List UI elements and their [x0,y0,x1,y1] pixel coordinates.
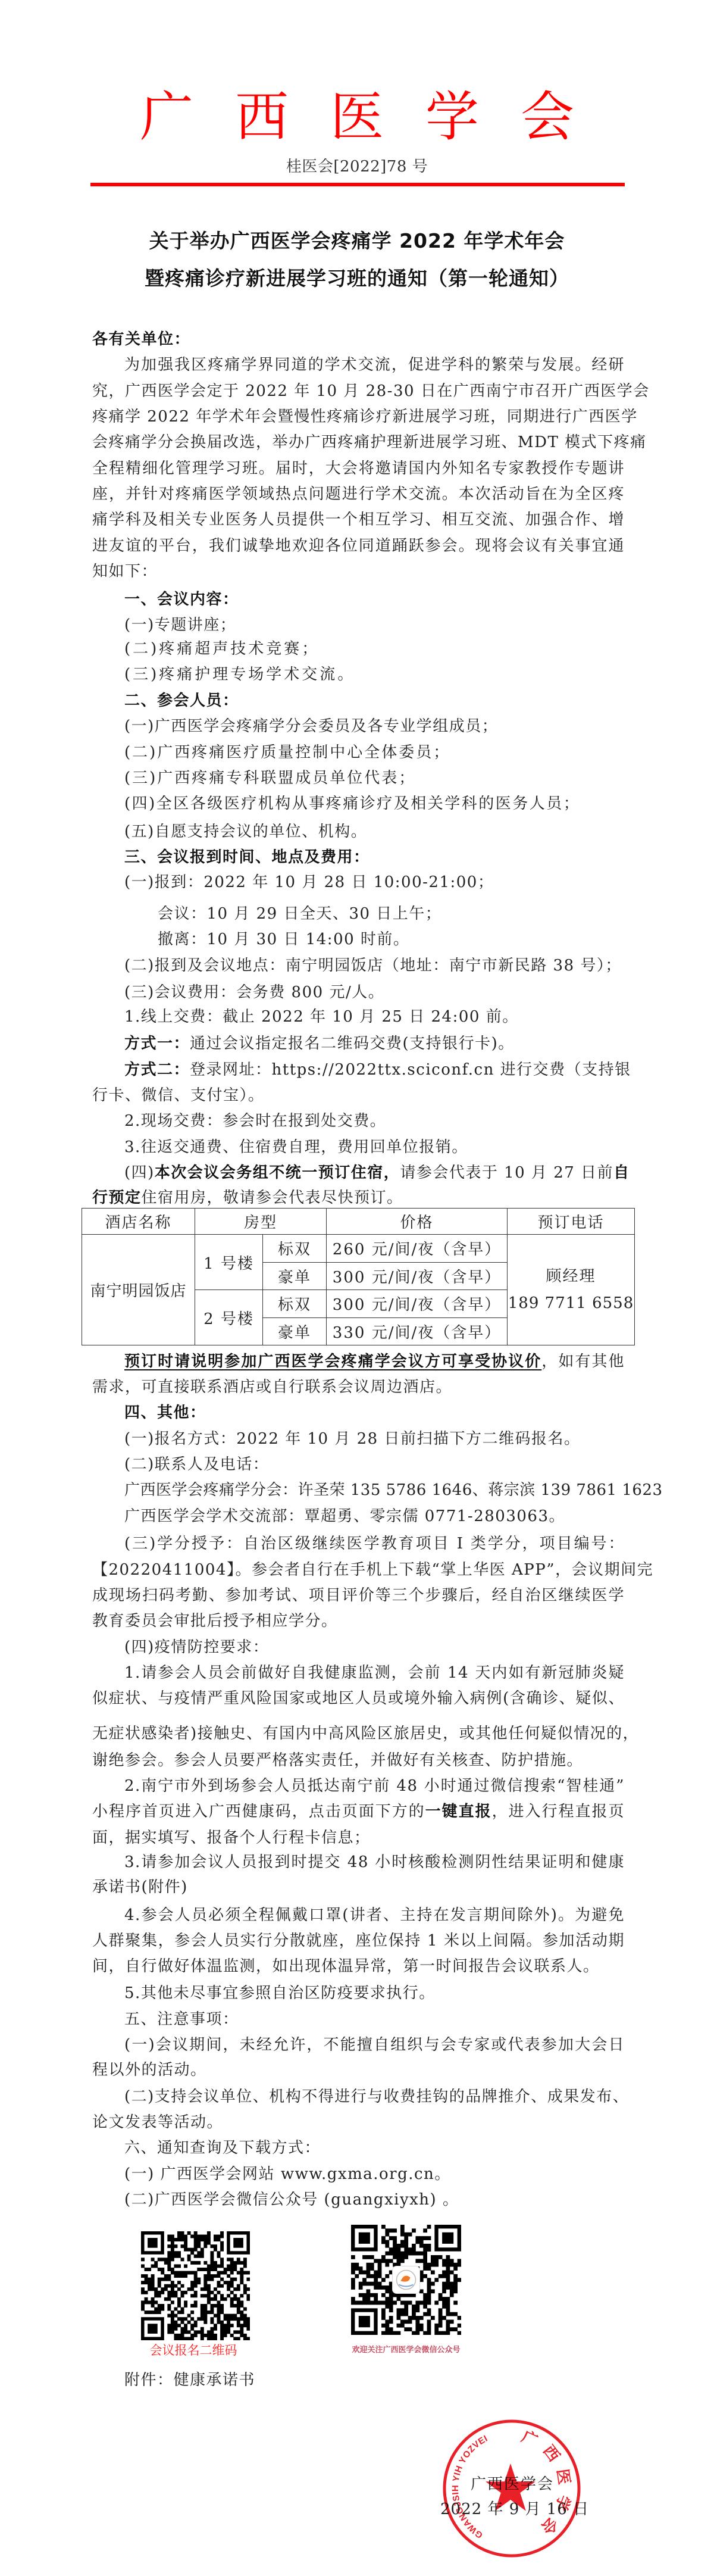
wechat-qr-label: 欢迎关注广西医学会微信公众号 [333,2344,479,2356]
section-2-heading: 二、参会人员： [124,688,625,714]
table-row: 南宁明园饭店 1 号楼 标双 260 元/间/夜（含早） 顾经理 189 771… [82,1235,635,1263]
covid-rule-2-post: ，进入行程直报页 [492,1803,625,1821]
covid-rule-1-line: 无症状感染者)接触史、有国内中高风险区旅居史，或其他任何疑似情况的， [92,1721,625,1747]
header-hotel-name: 酒店名称 [82,1209,195,1235]
letterhead: 广西医学会 [0,88,714,147]
star-icon [486,2463,535,2511]
section-1-item: (二)疼痛超声技术竞赛； [124,636,625,662]
covid-rule-2-pre: 小程序首页进入广西健康码，点击页面下方的 [92,1803,425,1821]
covid-rule-2-bold: 一键直报 [425,1803,492,1821]
section-2-item: (二)广西疼痛医疗质量控制中心全体委员； [124,739,625,766]
intro-line: 座，并针对疼痛医学领域热点问题进行学术交流。本次活动旨在为全区疼 [92,481,625,507]
note-1-line: 程以外的活动。 [92,2057,625,2083]
intro-line: 知如下： [92,558,625,585]
price-cell: 300 元/间/夜（含早） [327,1262,508,1290]
contact-academic-dept: 广西医学会学术交流部：覃超勇、零宗儒 0771-2803063。 [124,1503,625,1529]
credits-line: 【20220411004】。参会者自行在手机上下载“掌上华医 APP”，会议期间… [92,1557,625,1583]
covid-rule-1-line: 似症状、与疫情严重风险国家或地区人员或境外输入病例(含确诊、疑似、 [92,1685,625,1712]
website-info: (一) 广西医学会网站 www.gxma.org.cn。 [124,2161,625,2187]
signup-method: (一)报名方式：2022 年 10 月 28 日前扫描下方二维码报名。 [124,1426,625,1452]
hotel-name-cell: 南宁明园饭店 [82,1235,195,1345]
covid-rule-2-line: 小程序首页进入广西健康码，点击页面下方的一键直报，进入行程直报页 [92,1798,625,1825]
section-1-item: (一)专题讲座； [124,612,625,638]
booking-note: 预订时请说明参加广西医学会疼痛学会议方可享受协议价，如有其他 [124,1348,625,1375]
section-2-item: (四)全区各级医疗机构从事疼痛诊疗及相关学科的医务人员； [124,791,625,817]
registration-time: (一)报到：2022 年 10 月 28 日 10:00-21:00； [124,869,625,895]
note-1-line: (一)会议期间，未经允许，不能擅自组织与会专家或代表参加大会日 [124,2032,625,2058]
building-cell: 2 号楼 [195,1290,263,1345]
payment-method-2-label: 方式二： [124,1061,190,1079]
official-seal-icon: GWANGJSIH YIH YOZVEI 广西医学会 [440,2417,583,2560]
lodging-bold-end: 自 [613,1164,630,1182]
payment-method-1: 方式一：通过会议指定报名二维码交费(支持银行卡)。 [124,1031,625,1057]
header-booking-phone: 预订电话 [508,1209,635,1235]
covid-rule-5: 5.其他未尽事宜参照自治区防疫要求执行。 [124,1980,625,2006]
intro-line: 会疼痛学分会换届改选，举办广西疼痛护理新进展学习班、MDT 模式下疼痛 [92,429,625,455]
covid-rule-1-line: 1.请参会人员会前做好自我健康监测，会前 14 天内如有新冠肺炎疑 [124,1660,625,1686]
hotel-table: 酒店名称 房型 价格 预订电话 南宁明园饭店 1 号楼 标双 260 元/间/夜… [82,1208,635,1345]
section-5-heading: 五、注意事项： [124,2006,625,2032]
covid-rule-4-line: 4.参会人员必须全程佩戴口罩(讲者、主持在发言期间除外)。为避免 [124,1902,625,1928]
org-name-heading: 广西医学会 [140,88,616,147]
contacts-heading: (二)联系人及电话： [124,1451,625,1478]
header-price: 价格 [327,1209,508,1235]
intro-line: 为加强我区疼痛学界同道的学术交流，促进学科的繁荣与发展。经研 [124,352,625,378]
price-cell: 260 元/间/夜（含早） [327,1235,508,1263]
intro-line: 痛学科及相关专业医务人员提供一个相互学习、相互交流、加强合作、增 [92,507,625,533]
payment-method-1-label: 方式一： [124,1035,190,1053]
venue: (二)报到及会议地点：南宁明园饭店（地址：南宁市新民路 38 号）； [124,953,625,979]
booking-note-emphasis: 预订时请说明参加广西医学会疼痛学会议方可享受协议价 [124,1353,541,1370]
red-divider-line [90,183,625,186]
payment-method-2-text: 登录网址：https://2022ttx.sciconf.cn 进行交费（支持银 [190,1061,631,1079]
lodging-prefix: (四) [124,1164,155,1182]
registration-qr-code-icon [141,2231,250,2340]
lodging-cont-bold: 行预定 [92,1189,142,1207]
header-room-type: 房型 [195,1209,327,1235]
contact-pain-branch: 广西医学会疼痛学分会：许圣荣 135 5786 1646、蒋宗滨 139 786… [124,1477,625,1503]
covid-rule-1-line: 谢绝参会。参会人员要严格落实责任，并做好有关核查、防护措施。 [92,1747,625,1773]
section-6-heading: 六、通知查询及下载方式： [124,2135,625,2161]
note-2-line: (二)支持会议单位、机构不得进行与收费挂钩的品牌推介、成果发布、 [124,2084,625,2110]
meeting-time: 会议：10 月 29 日全天、30 日上午； [158,901,625,927]
building-cell: 1 号楼 [195,1235,263,1290]
covid-rule-3-line: 承诺书(附件) [92,1874,625,1900]
wechat-qr-code-icon [351,2225,461,2335]
booking-contact-cell: 顾经理 189 7711 6558 [508,1235,635,1345]
lodging-notice-cont: 行预定住宿用房，敬请参会代表尽快预订。 [92,1185,625,1211]
price-cell: 330 元/间/夜（含早） [327,1317,508,1345]
hotel-table-header-row: 酒店名称 房型 价格 预订电话 [82,1209,635,1235]
booking-note-cont: 需求，可直接联系酒店或自行联系会议周边酒店。 [92,1374,625,1400]
payment-method-2-cont: 行卡、微信、支付宝）。 [92,1082,625,1109]
room-type-cell: 豪单 [263,1262,327,1290]
room-type-cell: 标双 [263,1235,327,1263]
departure-time: 撤离：10 月 30 日 14:00 时前。 [158,926,625,953]
section-2-item: (五)自愿支持会议的单位、机构。 [124,819,625,845]
covid-rule-4-line: 人群聚集，参会人员实行分散就座，座位保持 1 米以上间隔。参加活动期 [92,1928,625,1954]
price-cell: 300 元/间/夜（含早） [327,1290,508,1318]
salutation: 各有关单位： [92,326,625,352]
contact-name: 顾经理 [508,1263,634,1290]
notice-document: 广西医学会 桂医会[2022]78 号 关于举办广西医学会疼痛学 2022 年学… [0,0,714,2576]
contact-phone: 189 7711 6558 [508,1290,634,1317]
notice-title-line-1: 关于举办广西医学会疼痛学 2022 年学术年会 [0,228,714,254]
intro-line: 进友谊的平台，我们诚挚地欢迎各位同道踊跃参会。现将会议有关事宜通 [92,533,625,559]
intro-line: 全程精细化管理学习班。届时，大会将邀请国内外知名专家教授作专题讲 [92,455,625,482]
note-2-line: 论文发表等活动。 [92,2109,625,2135]
section-1-item: (三)疼痛护理专场学术交流。 [124,661,625,688]
payment-method-2: 方式二：登录网址：https://2022ttx.sciconf.cn 进行交费… [124,1057,625,1083]
registration-qr-label: 会议报名二维码 [119,2342,268,2359]
credits-line: 成现场扫码考勤、参加考试、项目评价等三个步骤后，经自治区继续医学 [92,1582,625,1609]
wechat-info: (二)广西医学会微信公众号 (guangxiyxh) 。 [124,2187,625,2213]
intro-line: 究，广西医学会定于 2022 年 10 月 28-30 日在广西南宁市召开广西医… [92,378,625,404]
booking-note-text: ，如有其他 [541,1353,625,1370]
room-type-cell: 标双 [263,1290,327,1318]
room-type-cell: 豪单 [263,1317,327,1345]
payment-method-1-text: 通过会议指定报名二维码交费(支持银行卡)。 [190,1035,515,1053]
lodging-notice: (四)本次会议会务组不统一预订住宿，请参会代表于 10 月 27 日前自 [124,1160,625,1186]
covid-rule-2-line: 2.南宁市外到场参会人员抵达南宁前 48 小时通过微信搜索“智桂通” [124,1773,625,1799]
credits-line: (三)学分授予：自治区级继续医学教育项目 I 类学分，项目编号： [124,1531,625,1557]
notice-title-line-2: 暨疼痛诊疗新进展学习班的通知（第一轮通知） [0,266,714,292]
lodging-bold: 本次会议会务组不统一预订住宿， [155,1164,400,1182]
onsite-payment: 2.现场交费：参会时在报到处交费。 [124,1108,625,1134]
section-2-item: (三)广西疼痛专科联盟成员单位代表； [124,765,625,791]
travel-expenses: 3.往返交通费、住宿费自理，费用回单位报销。 [124,1134,625,1160]
covid-rule-3-line: 3.请参加会议人员报到时提交 48 小时核酸检测阴性结果证明和健康 [124,1849,625,1875]
attachment-note: 附件：健康承诺书 [124,2367,625,2393]
online-payment: 1.线上交费：截止 2022 年 10 月 25 日 24:00 前。 [124,1004,625,1030]
covid-rule-2-line: 面，据实填写、报备个人行程卡信息； [92,1825,625,1851]
intro-line: 疼痛学 2022 年学术年会暨慢性疼痛诊疗新进展学习班，同期进行广西医学 [92,404,625,430]
covid-heading: (四)疫情防控要求： [124,1634,625,1660]
lodging-cont-text: 住宿用房，敬请参会代表尽快预订。 [142,1189,403,1207]
section-4-heading: 四、其他： [124,1400,625,1426]
document-number: 桂医会[2022]78 号 [0,157,714,176]
section-2-item: (一)广西医学会疼痛学分会委员及各专业学组成员； [124,713,625,739]
covid-rule-4-line: 间，自行做好体温监测，如出现体温异常，第一时间报告会议联系人。 [92,1953,625,1979]
meeting-fee: (三)会议费用：会务费 800 元/人。 [124,979,625,1006]
section-1-heading: 一、会议内容： [124,586,625,613]
lodging-text: 请参会代表于 10 月 27 日前 [400,1164,613,1182]
section-3-heading: 三、会议报到时间、地点及费用： [124,844,625,870]
credits-line: 教育委员会审批后授予相应学分。 [92,1608,625,1634]
